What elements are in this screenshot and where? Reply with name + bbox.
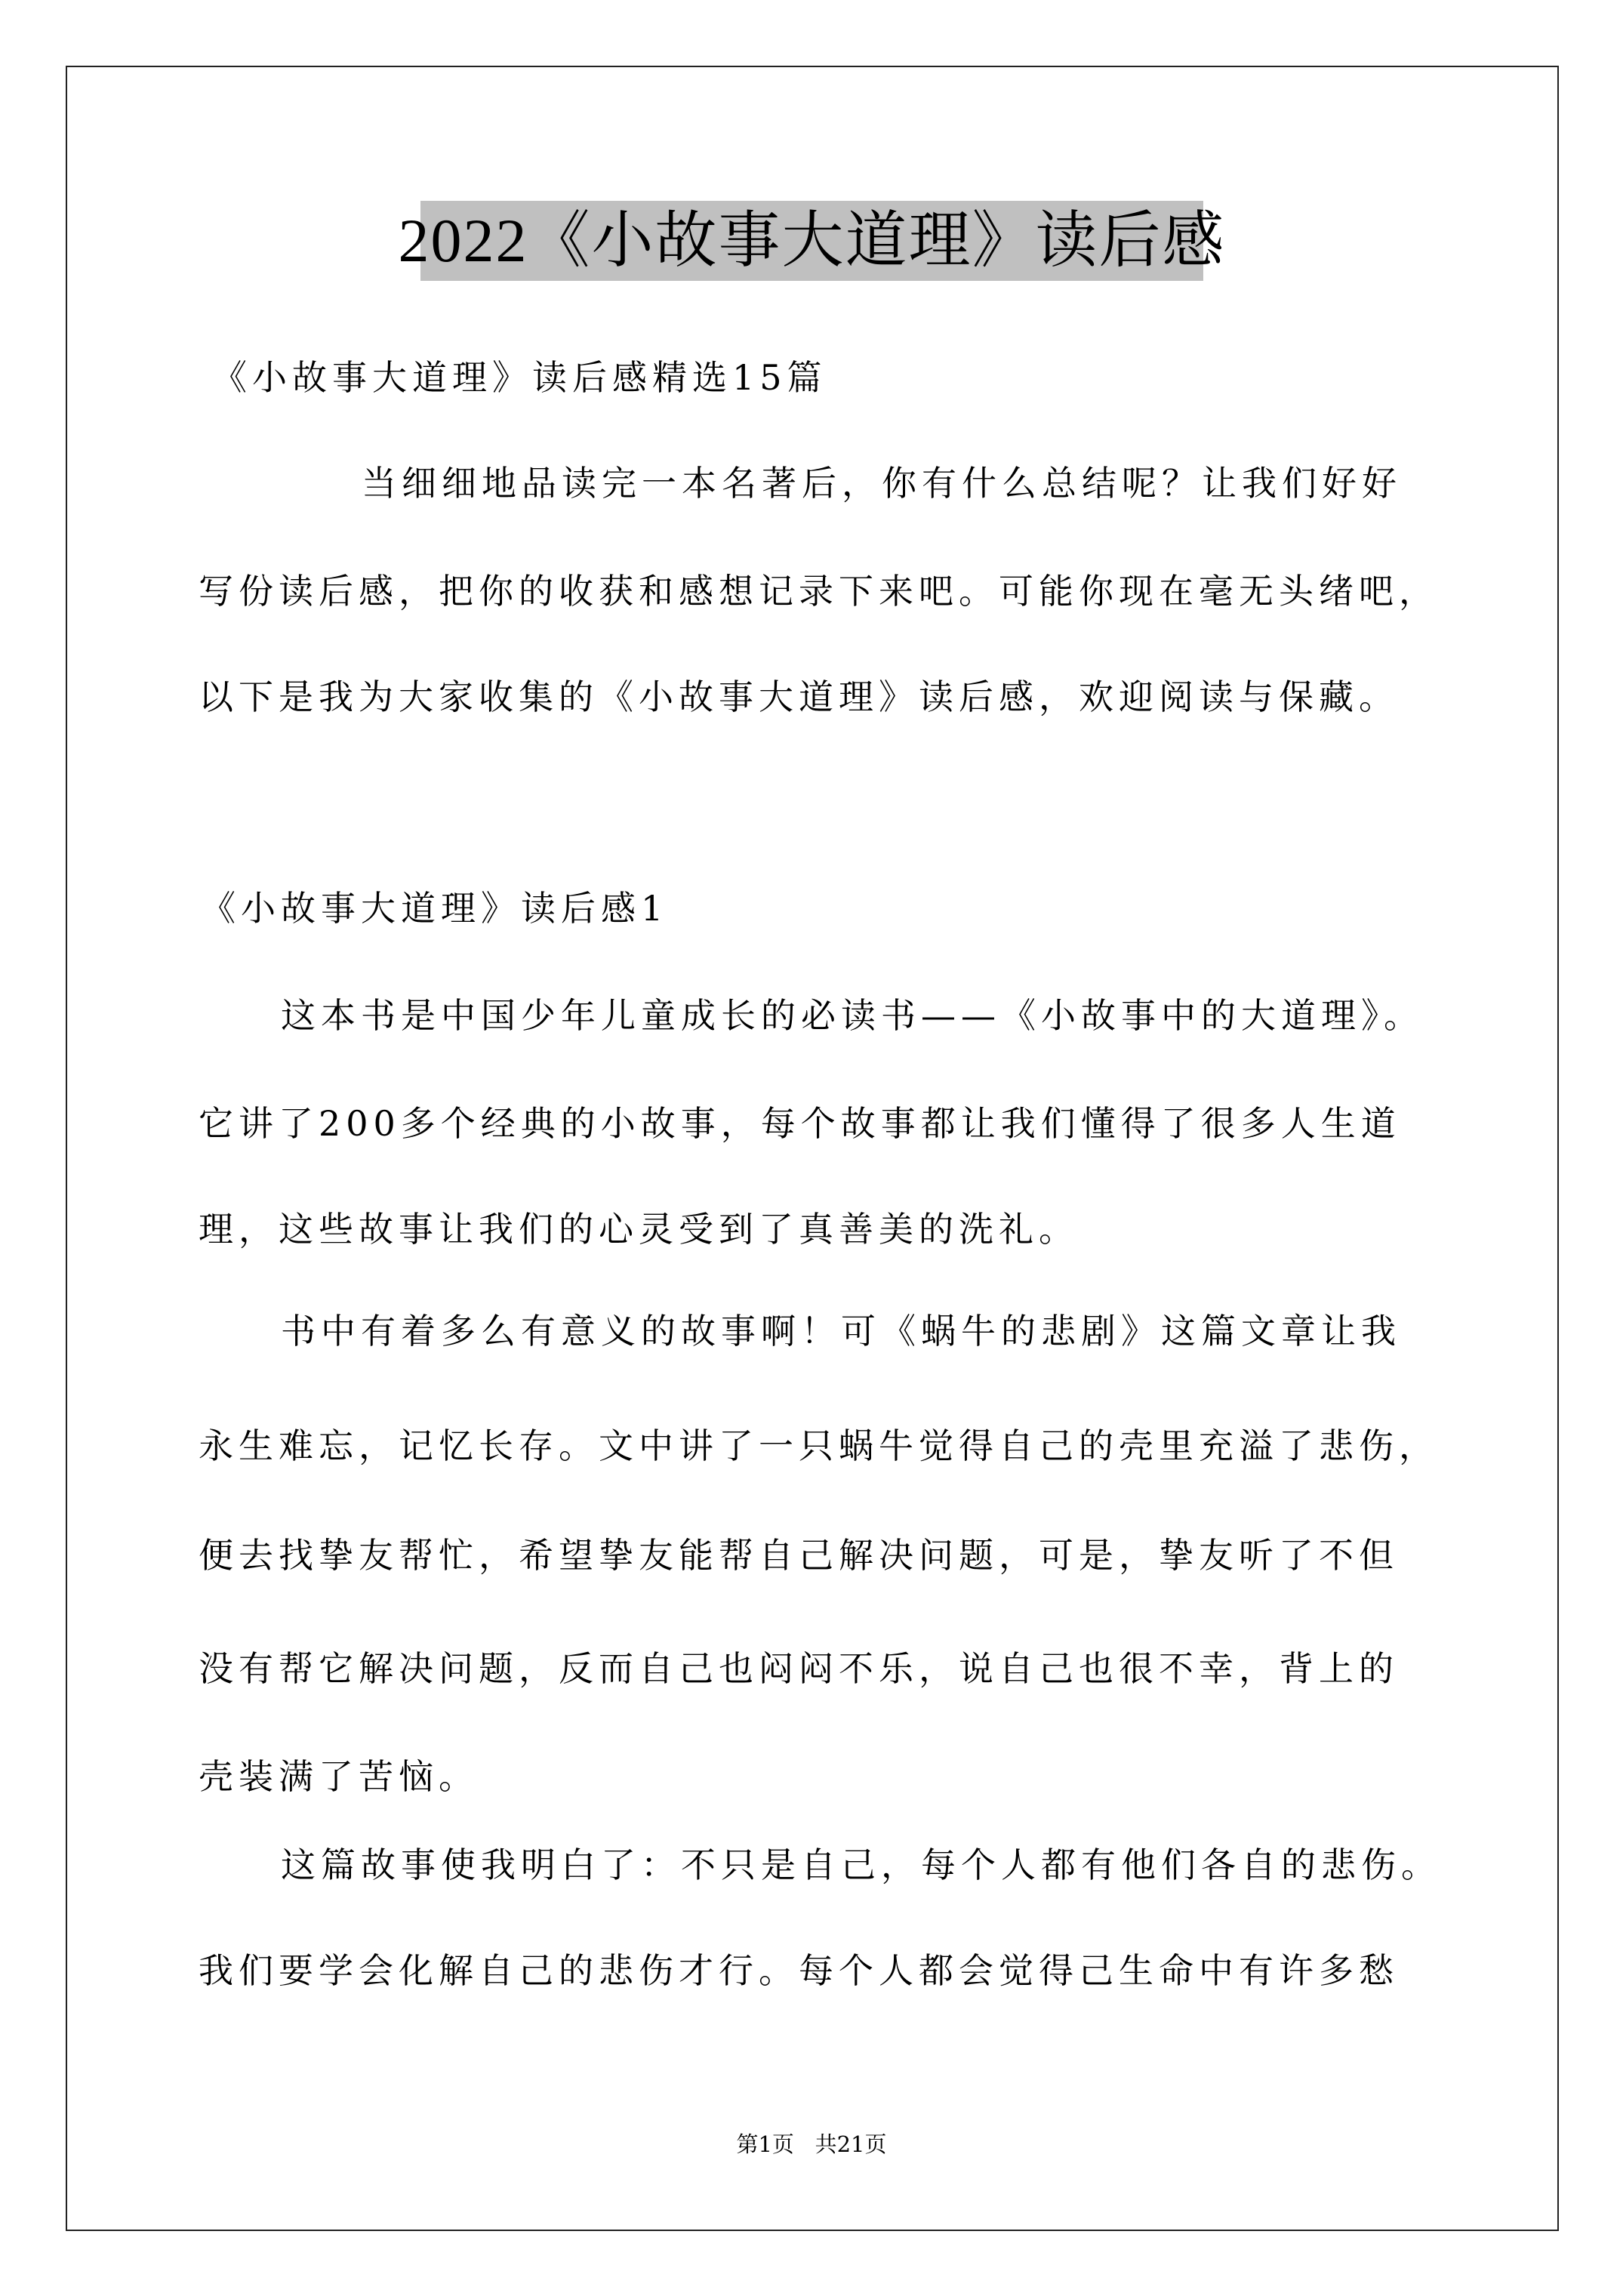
paragraph-2-line-4: 没有帮它解决问题，反而自己也闷闷不乐，说自己也很不幸，背上的 <box>199 1647 1399 1690</box>
paragraph-2-line-5: 壳装满了苦恼。 <box>199 1755 479 1798</box>
section-heading: 《小故事大道理》读后感1 <box>201 887 668 929</box>
paragraph-1-line-1: 这本书是中国少年儿童成长的必读书——《小故事中的大道理》。 <box>281 994 1424 1037</box>
title-highlight: 2022《小故事大道理》读后感 <box>420 201 1203 281</box>
intro-line-3: 以下是我为大家收集的《小故事大道理》读后感，欢迎阅读与保藏。 <box>199 676 1399 718</box>
intro-line-1: 当细细地品读完一本名著后，你有什么总结呢？让我们好好 <box>362 462 1402 504</box>
document-title: 2022《小故事大道理》读后感 <box>399 210 1226 272</box>
paragraph-2-line-2: 永生难忘，记忆长存。文中讲了一只蜗牛觉得自己的壳里充溢了悲伤， <box>199 1425 1439 1467</box>
paragraph-3-line-2: 我们要学会化解自己的悲伤才行。每个人都会觉得己生命中有许多愁 <box>199 1949 1399 1992</box>
intro-line-2: 写份读后感，把你的收获和感想记录下来吧。可能你现在毫无头绪吧， <box>199 570 1439 612</box>
paragraph-2-line-3: 便去找挚友帮忙，希望挚友能帮自己解决问题，可是，挚友听了不但 <box>199 1534 1399 1576</box>
subtitle: 《小故事大道理》读后感精选15篇 <box>212 356 827 399</box>
page-number-footer: 第1页 共21页 <box>0 2131 1623 2158</box>
paragraph-1-line-3: 理，这些故事让我们的心灵受到了真善美的洗礼。 <box>199 1208 1079 1250</box>
paragraph-1-line-2: 它讲了200多个经典的小故事，每个故事都让我们懂得了很多人生道 <box>199 1102 1401 1145</box>
paragraph-2-line-1: 书中有着多么有意义的故事啊！可《蜗牛的悲剧》这篇文章让我 <box>281 1310 1401 1352</box>
paragraph-3-line-1: 这篇故事使我明白了：不只是自己，每个人都有他们各自的悲伤。 <box>281 1844 1441 1886</box>
